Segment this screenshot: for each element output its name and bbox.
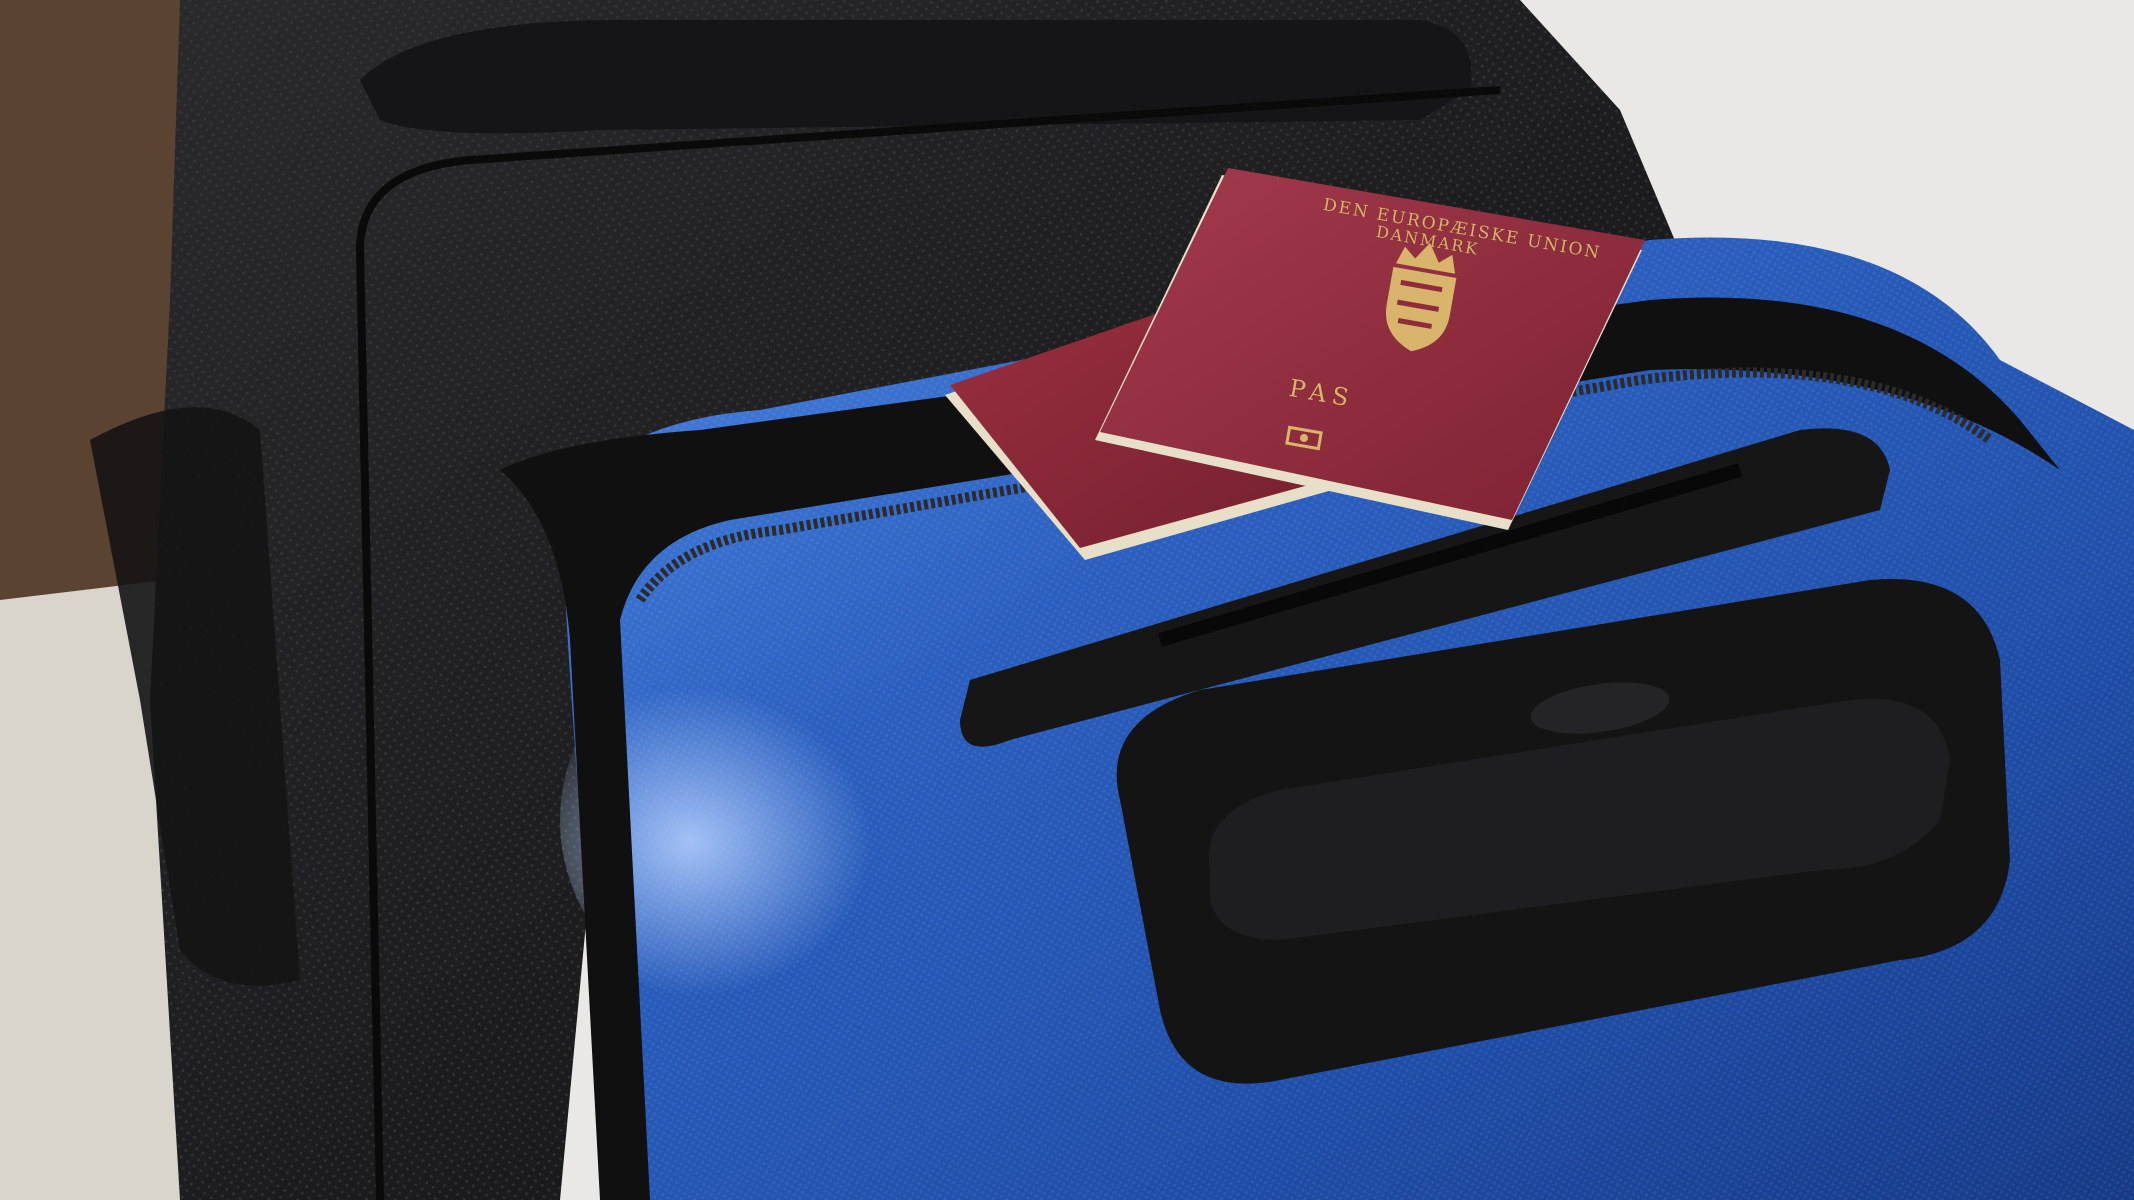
photo-scene: DEN EUROPÆISKE UNION DANMARK PAS Two bur… <box>0 0 2134 1200</box>
photo-illustration <box>0 0 2134 1200</box>
black-bag-handle <box>360 20 1471 133</box>
